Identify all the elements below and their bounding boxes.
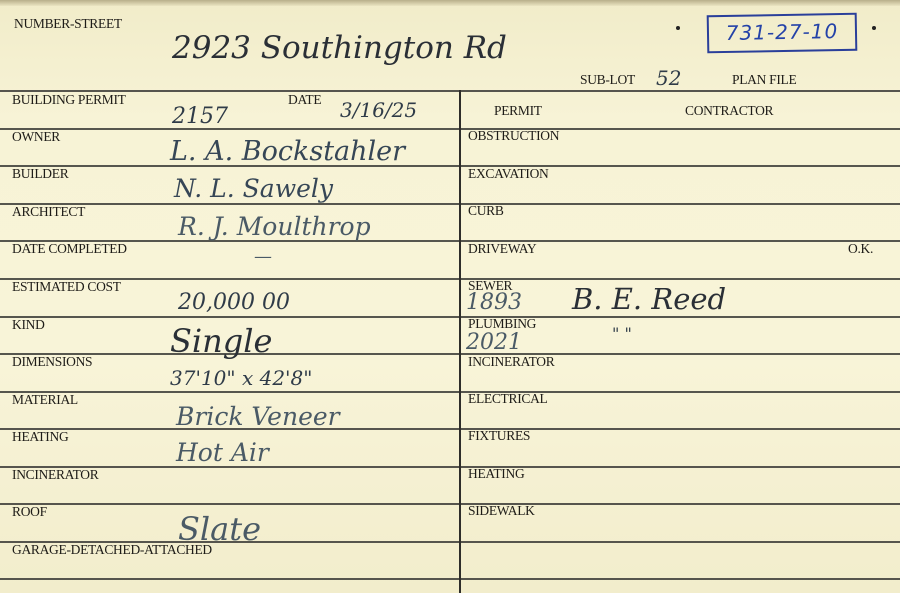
obstruction-label: OBSTRUCTION xyxy=(468,128,559,144)
rule xyxy=(0,240,900,242)
dimensions-label: DIMENSIONS xyxy=(12,354,92,370)
fixtures-label: FIXTURES xyxy=(468,428,530,444)
building-permit-label: BUILDING PERMIT xyxy=(12,92,126,108)
material-value: Brick Veneer xyxy=(176,402,340,431)
plumbing-contractor: " " xyxy=(612,324,632,343)
roof-label: ROOF xyxy=(12,504,47,520)
driveway-note: O.K. xyxy=(848,241,873,257)
card-top-edge xyxy=(0,0,900,6)
contractor-column-header: CONTRACTOR xyxy=(685,103,773,119)
kind-value: Single xyxy=(170,322,272,360)
punch-dot xyxy=(872,26,876,30)
rule xyxy=(0,90,900,92)
electrical-label: ELECTRICAL xyxy=(468,391,548,407)
number-street-value: 2923 Southington Rd xyxy=(172,30,507,66)
kind-label: KIND xyxy=(12,317,45,333)
rule xyxy=(0,278,900,280)
rule xyxy=(0,503,900,505)
permit-column-header: PERMIT xyxy=(494,103,542,119)
building-permit-value: 2157 xyxy=(172,104,228,129)
permit-card: NUMBER-STREET 2923 Southington Rd 731-27… xyxy=(0,0,900,593)
architect-label: ARCHITECT xyxy=(12,204,85,220)
incinerator-permit-label: INCINERATOR xyxy=(468,354,554,370)
incinerator-label: INCINERATOR xyxy=(12,467,98,483)
dimensions-value: 37'10" x 42'8" xyxy=(170,366,312,390)
material-label: MATERIAL xyxy=(12,392,78,408)
architect-value: R. J. Moulthrop xyxy=(178,212,371,241)
excavation-label: EXCAVATION xyxy=(468,166,549,182)
rule xyxy=(0,466,900,468)
rule xyxy=(0,316,900,318)
date-value: 3/16/25 xyxy=(340,98,417,122)
builder-label: BUILDER xyxy=(12,166,68,182)
date-completed-label: DATE COMPLETED xyxy=(12,241,127,257)
rule xyxy=(0,578,900,580)
owner-label: OWNER xyxy=(12,129,60,145)
plumbing-number: 2021 xyxy=(466,330,522,355)
rule xyxy=(0,353,900,355)
punch-dot xyxy=(676,26,680,30)
sidewalk-label: SIDEWALK xyxy=(468,503,535,519)
record-stamp: 731-27-10 xyxy=(707,13,858,54)
owner-value: L. A. Bockstahler xyxy=(170,136,405,167)
rule xyxy=(0,128,900,130)
sewer-contractor: B. E. Reed xyxy=(572,282,726,316)
date-label: DATE xyxy=(288,92,321,108)
sub-lot-value: 52 xyxy=(656,66,681,90)
roof-value: Slate xyxy=(178,510,261,548)
number-street-label: NUMBER-STREET xyxy=(14,16,122,32)
plan-file-label: PLAN FILE xyxy=(732,72,796,88)
date-completed-value: — xyxy=(254,246,272,267)
heating-value: Hot Air xyxy=(176,438,269,467)
builder-value: N. L. Sawely xyxy=(174,174,333,203)
estimated-cost-value: 20,000 00 xyxy=(178,290,290,315)
estimated-cost-label: ESTIMATED COST xyxy=(12,279,121,295)
sewer-number: 1893 xyxy=(466,290,522,315)
sub-lot-label: SUB-LOT xyxy=(580,72,635,88)
rule xyxy=(0,391,900,393)
rule xyxy=(0,165,900,167)
rule xyxy=(0,428,900,430)
column-divider xyxy=(459,90,461,593)
heating-permit-label: HEATING xyxy=(468,466,524,482)
curb-label: CURB xyxy=(468,203,504,219)
heating-label: HEATING xyxy=(12,429,68,445)
rule xyxy=(0,203,900,205)
driveway-label: DRIVEWAY xyxy=(468,241,536,257)
